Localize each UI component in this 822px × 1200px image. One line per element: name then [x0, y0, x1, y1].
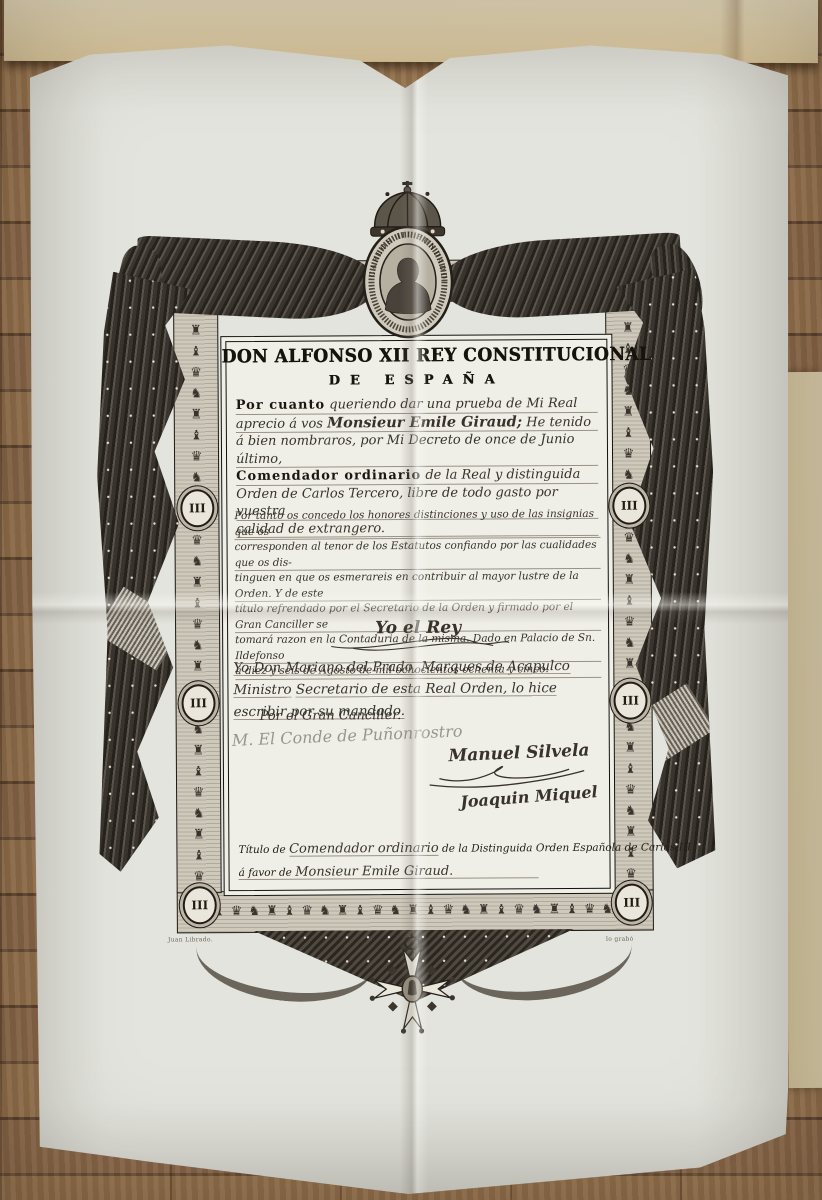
carlos-iii-cross-icon — [366, 933, 459, 1044]
handwritten-entry: Monsieur Emile Giraud. — [295, 864, 453, 880]
grant-line: aprecio á vos Monsieur Emile Giraud; He … — [236, 412, 598, 433]
script-text: queriendo dar una prueba de Mi Real — [325, 396, 577, 413]
portrait-medallion-icon: CARLOS III FUNDADOR — [362, 225, 455, 340]
monogram-iii: III — [622, 694, 639, 708]
engraver-credit-right: lo grabó — [606, 936, 634, 943]
back-sheet-right — [784, 372, 822, 1088]
bold-print-phrase: Por cuanto — [236, 398, 325, 414]
title-line2: DE ESPAÑA — [222, 372, 612, 389]
royal-signature-text: Yo el Rey — [375, 618, 461, 639]
monogram-iii: III — [621, 499, 638, 513]
grant-line: Comendador ordinario de la Real y distin… — [236, 466, 598, 486]
honors-line: Por tanto os concedo los honores distinc… — [234, 507, 600, 540]
iii-cartouche: III — [181, 684, 215, 722]
monogram-iii: III — [623, 896, 640, 910]
monogram-iii: III — [189, 501, 206, 515]
iii-cartouche: III — [180, 489, 214, 527]
document-sheet: ♞♜♝♛♞♜♝♛♞♜♝♛♞♜♝♛♞♜♝♛♞♜♝♛♞♜♝♛♞♜♝♛♞♜♝♛ ♞♜♝… — [30, 42, 788, 1194]
text-panel: DON ALFONSO XII REY CONSTITUCIONAL DE ES… — [220, 334, 615, 896]
paragraph-honors: Por tanto os concedo los honores distinc… — [234, 507, 601, 680]
honors-line: corresponden al tenor de los Estatutos c… — [235, 538, 601, 571]
chancellor-line: Por el Gran Canciller. — [260, 708, 402, 724]
printed-label: de la Distinguida Orden Española de Carl… — [442, 841, 691, 855]
engraver-credit-left: Juan Librado. — [168, 936, 213, 943]
monogram-iii: III — [191, 898, 208, 912]
script-text: de la Real y distinguida — [421, 467, 580, 483]
recipient-name: Monsieur Emile Giraud; — [327, 413, 522, 431]
royal-signature: Yo el Rey — [223, 617, 613, 653]
iii-cartouche: III — [612, 487, 646, 525]
script-text: aprecio á vos — [236, 416, 327, 432]
printed-label: Título de — [238, 844, 285, 856]
engraving-plate: ♞♜♝♛♞♜♝♛♞♜♝♛♞♜♝♛♞♜♝♛♞♜♝♛♞♜♝♛♞♜♝♛♞♜♝♛ ♞♜♝… — [107, 183, 712, 1047]
monogram-iii: III — [190, 696, 207, 710]
footer-title-line: Título de Comendador ordinario de la Dis… — [238, 840, 600, 857]
bold-print-phrase: Comendador ordinario — [236, 468, 421, 484]
title-line1: DON ALFONSO XII REY CONSTITUCIONAL — [221, 344, 611, 368]
honors-line: tinguen en que os esmerareis en contribu… — [235, 569, 601, 602]
script-text: He tenido — [522, 414, 591, 429]
grant-line: Por cuanto queriendo dar una prueba de M… — [236, 395, 598, 415]
iii-cartouche: III — [613, 682, 647, 720]
printed-label: á favor de — [239, 867, 292, 879]
signature-manuel-silvela: Manuel Silvela — [448, 740, 591, 790]
handwritten-entry: Comendador ordinario — [289, 841, 439, 857]
grant-line: á bien nombraros, por Mi Decreto de once… — [236, 431, 598, 468]
footer-recipient-line: á favor de Monsieur Emile Giraud. — [239, 863, 539, 880]
iii-cartouche: III — [615, 884, 649, 922]
iii-cartouche: III — [183, 886, 217, 924]
curtain-fringe — [95, 587, 185, 671]
frieze-ornaments: ♞♜♝♛♞♜♝♛♞♜♝♛♞♜♝♛♞♜♝♛♞♜♝♛♞♜♝♛♞♜♝♛♞♜♝♛ — [174, 302, 221, 892]
